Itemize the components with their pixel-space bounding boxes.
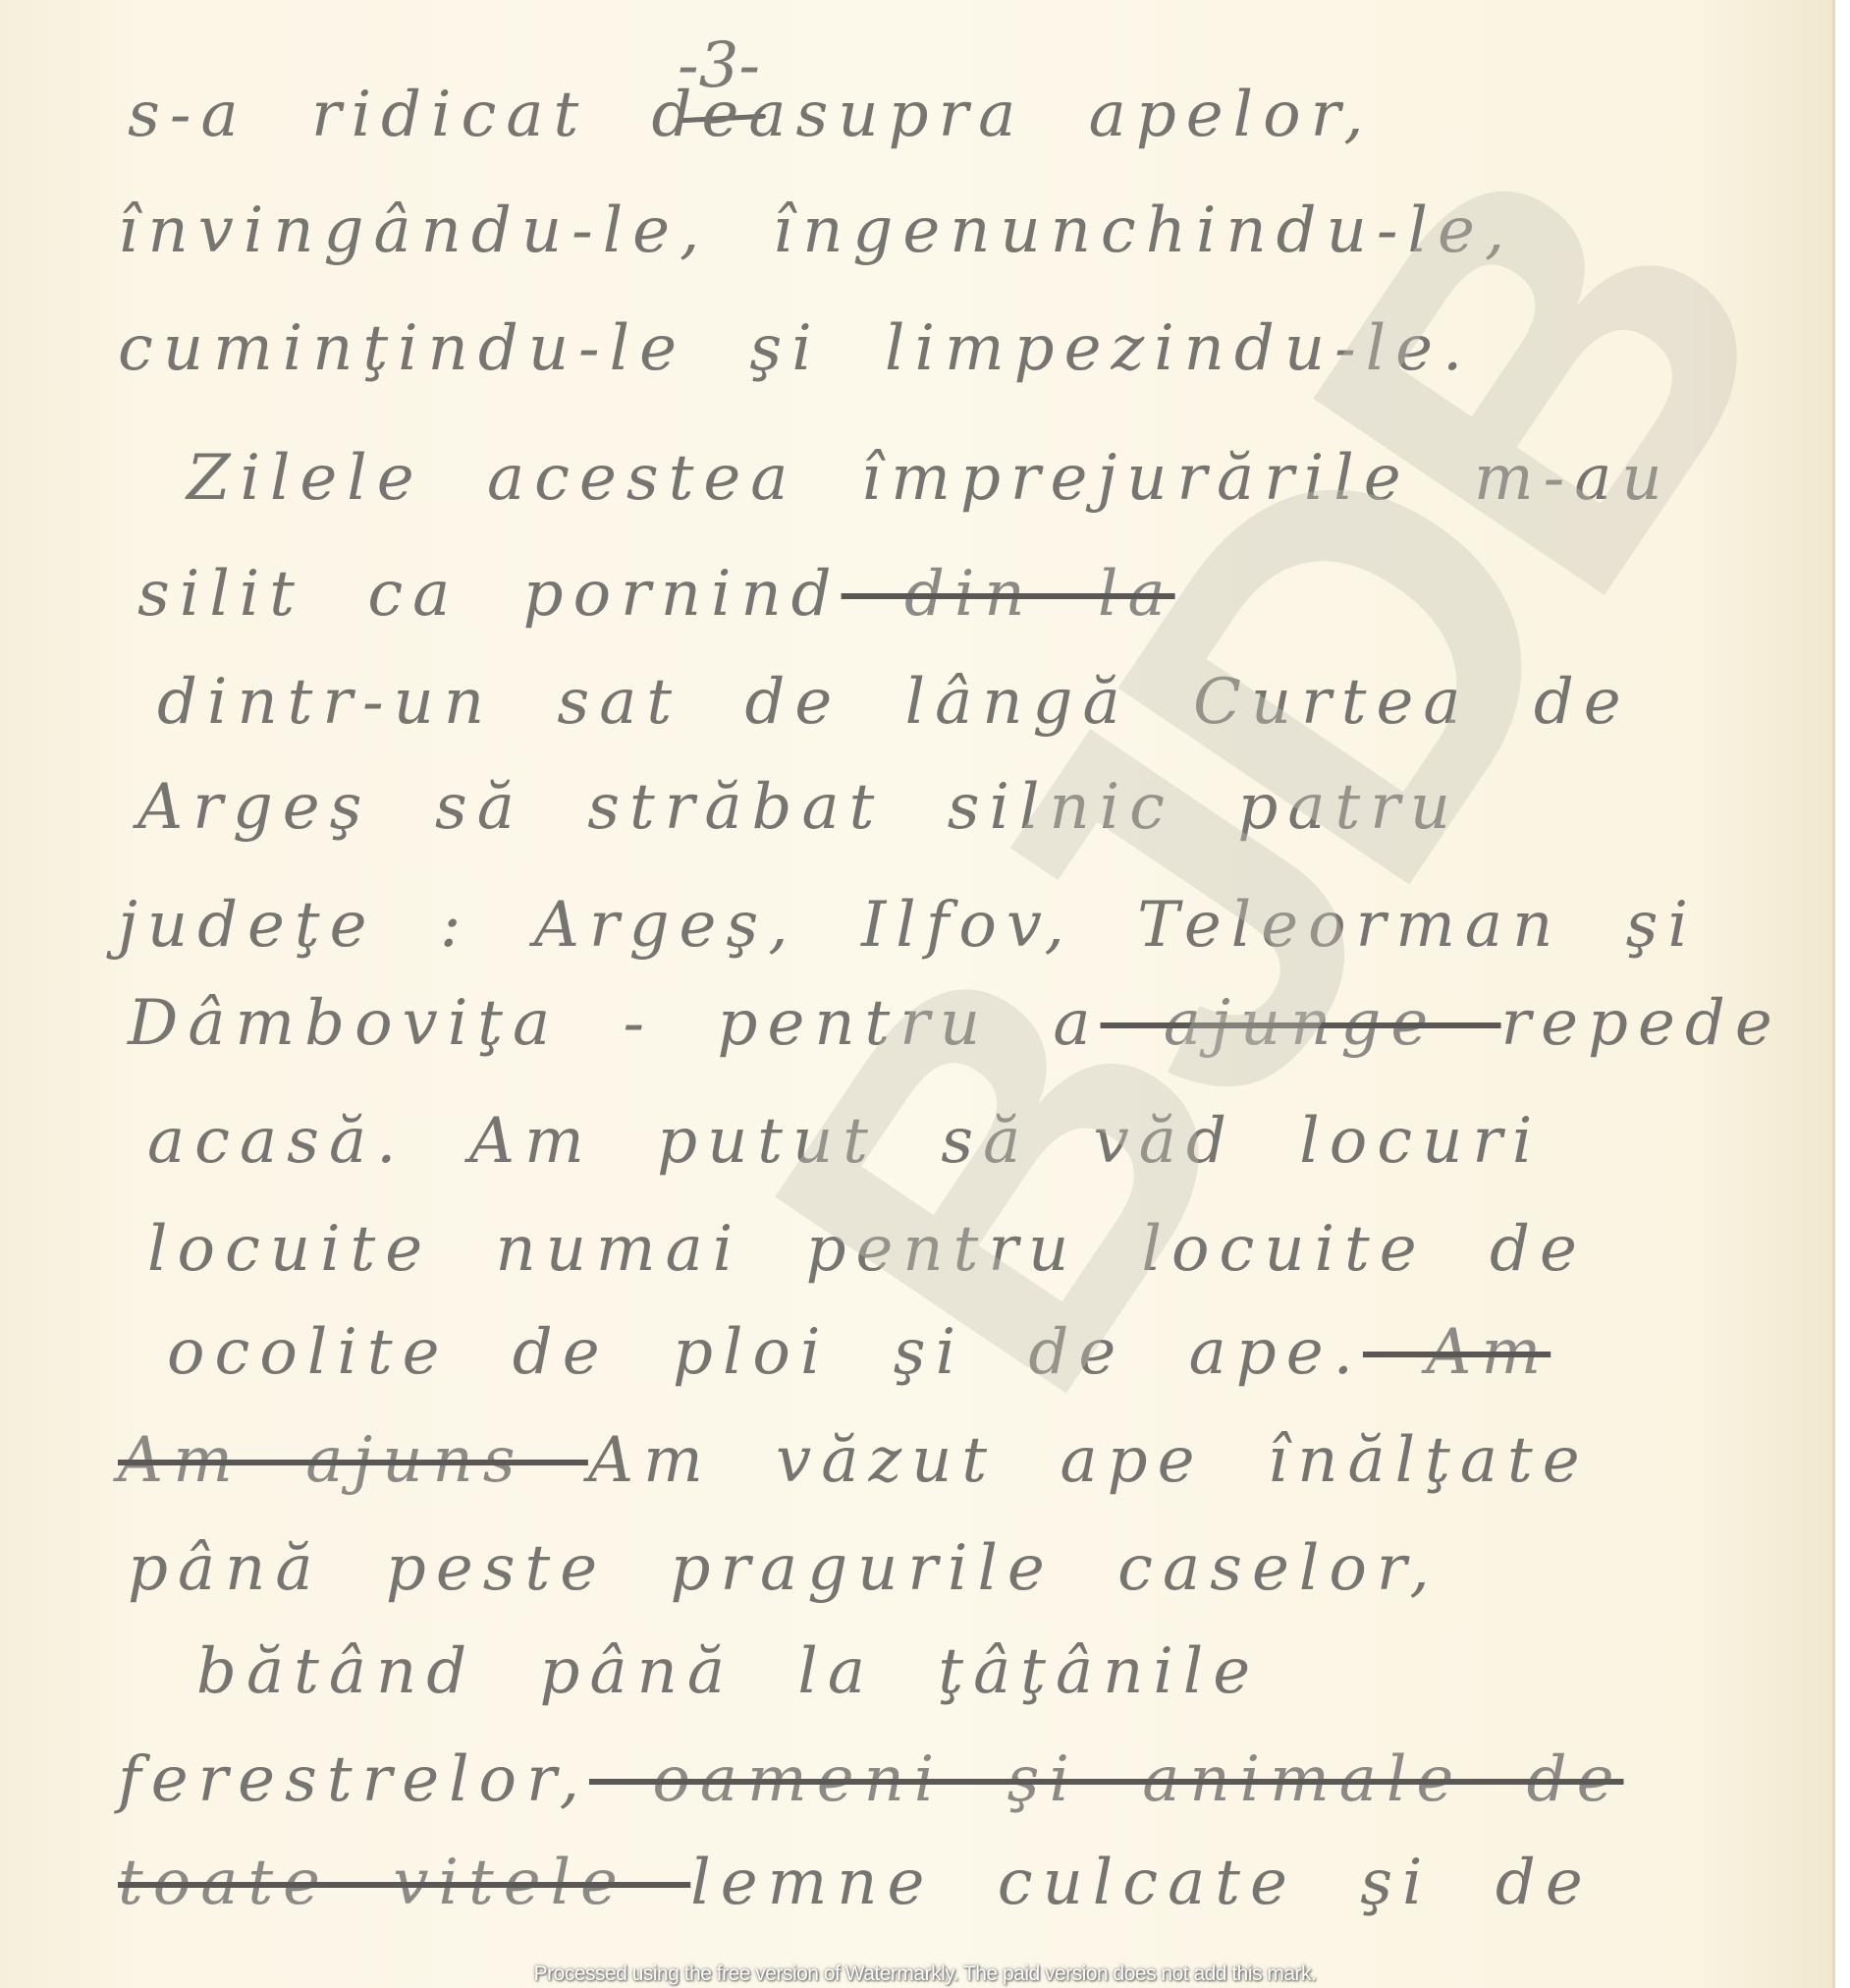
line-text: dintr-un sat de lângă Curtea de (157, 666, 1631, 739)
line-text: bătând până la ţâţânile (196, 1635, 1260, 1708)
line-text: Zilele acestea împrejurările m-au (187, 442, 1672, 515)
line-text: silit ca pornind (137, 558, 842, 631)
struck-out-text: toate vitele (118, 1847, 690, 1919)
manuscript-line: s-a ridicat deasupra apelor, (128, 79, 1374, 151)
struck-out-text: oameni şi animale de (589, 1743, 1624, 1816)
manuscript-line: ocolite de ploi şi de ape. Am (167, 1316, 1551, 1389)
line-text: ocolite de ploi şi de ape. (167, 1316, 1363, 1389)
struck-out-text: Am ajuns (118, 1424, 588, 1497)
manuscript-line: dintr-un sat de lângă Curtea de (157, 666, 1631, 739)
line-text: Am văzut ape înălţate (588, 1424, 1590, 1497)
manuscript-line: judeţe : Argeş, Ilfov, Teleorman şi (118, 889, 1698, 962)
line-text: judeţe : Argeş, Ilfov, Teleorman şi (118, 889, 1698, 962)
manuscript-line: toate vitele lemne culcate şi de (118, 1847, 1593, 1919)
manuscript-line: silit ca pornind din la (137, 558, 1175, 631)
line-text: până peste pragurile caselor, (128, 1532, 1440, 1605)
manuscript-line: Argeş să străbat silnic patru (137, 771, 1460, 844)
manuscript-line: până peste pragurile caselor, (128, 1532, 1440, 1605)
manuscript-line: locuite numai pentru locuite de (147, 1213, 1587, 1286)
manuscript-line: ferestrelor, oameni şi animale de (118, 1743, 1623, 1816)
line-text: acasă. Am putut să văd locuri (147, 1105, 1542, 1178)
line-text: ferestrelor, (118, 1743, 589, 1816)
line-text: locuite numai pentru locuite de (147, 1213, 1587, 1286)
manuscript-line: bătând până la ţâţânile (196, 1635, 1260, 1708)
manuscript-page: -3- s-a ridicat deasupra apelor,învingân… (0, 0, 1834, 1988)
line-text: Argeş să străbat silnic patru (137, 771, 1460, 844)
line-text: repede (1501, 987, 1782, 1060)
manuscript-line: învingându-le, îngenunchindu-le, (118, 194, 1514, 267)
line-text: Dâmboviţa - pentru a (128, 987, 1101, 1060)
manuscript-line: Zilele acestea împrejurările m-au (187, 442, 1672, 515)
struck-out-text: ajunge (1101, 987, 1501, 1060)
struck-out-text: din la (842, 558, 1175, 631)
line-text: lemne culcate şi de (690, 1847, 1592, 1919)
watermarkly-footer-notice: Processed using the free version of Wate… (0, 1962, 1850, 1986)
line-text: s-a ridicat deasupra apelor, (128, 79, 1374, 151)
manuscript-line: cuminţindu-le şi limpezindu-le. (118, 312, 1472, 385)
struck-out-text: Am (1363, 1316, 1551, 1389)
manuscript-line: Am ajuns Am văzut ape înălţate (118, 1424, 1590, 1497)
manuscript-line: Dâmboviţa - pentru a ajunge repede (128, 987, 1782, 1060)
line-text: cuminţindu-le şi limpezindu-le. (118, 312, 1472, 385)
manuscript-line: acasă. Am putut să văd locuri (147, 1105, 1542, 1178)
page-edge (1832, 0, 1835, 1988)
line-text: învingându-le, îngenunchindu-le, (118, 194, 1514, 267)
